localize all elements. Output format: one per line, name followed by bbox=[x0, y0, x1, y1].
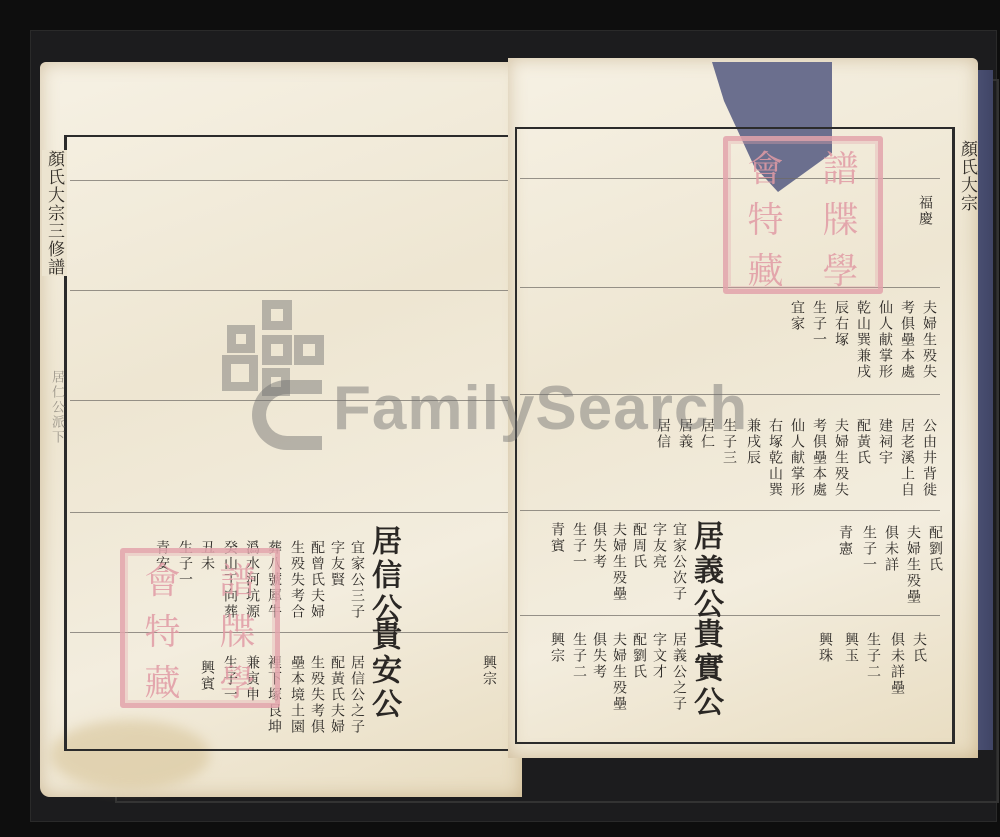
text-column: 生子一 bbox=[572, 522, 586, 570]
text-column: 青憲 bbox=[838, 525, 852, 557]
entry-heading-gui-an: 貴安公 bbox=[368, 620, 398, 722]
rule-line bbox=[70, 290, 510, 291]
text-column: 生子一 bbox=[812, 300, 826, 348]
entry-heading-ju-xin: 居信公 bbox=[368, 525, 398, 627]
text-column: 居信 bbox=[656, 418, 670, 450]
text-column: 居仁 bbox=[700, 418, 714, 450]
text-column: 俱失考 bbox=[592, 522, 606, 570]
text-column: 生殁失考俱 bbox=[310, 655, 324, 735]
text-column: 生子二 bbox=[572, 632, 586, 680]
text-column: 仙人献掌形 bbox=[790, 418, 804, 498]
red-collection-seal: 譜 牒 學 會 特 藏 bbox=[120, 548, 280, 708]
text-column: 宜家公三子 bbox=[350, 540, 364, 620]
branch-label: 居仁公派下 bbox=[50, 370, 63, 445]
text-column: 宜家 bbox=[790, 300, 804, 332]
text-column: 配曾氏夫婦 bbox=[310, 540, 324, 620]
text-column: 辰右塚 bbox=[834, 300, 848, 348]
rule-line bbox=[520, 615, 940, 616]
text-column: 乾山巽兼戌 bbox=[856, 300, 870, 380]
text-column: 夫婦生殁失 bbox=[834, 418, 848, 498]
text-column: 居義 bbox=[678, 418, 692, 450]
text-column: 宜家公次子 bbox=[672, 522, 686, 602]
red-collection-seal: 譜 牒 學 會 特 藏 bbox=[723, 136, 883, 294]
text-column: 配劉氏 bbox=[928, 525, 942, 573]
text-column: 配黃氏夫婦 bbox=[330, 655, 344, 735]
text-column: 興珠 bbox=[818, 632, 832, 664]
text-column: 配黃氏 bbox=[856, 418, 870, 466]
text-column: 夫婦生殁壘 bbox=[612, 522, 626, 602]
text-column: 壘本境土園 bbox=[290, 655, 304, 735]
name-fu-qing: 福慶 bbox=[918, 195, 932, 227]
text-column: 青賓 bbox=[550, 522, 564, 554]
text-column: 生子一 bbox=[862, 525, 876, 573]
text-column: 考俱壘本處 bbox=[900, 300, 914, 380]
text-column: 夫婦生殁壘 bbox=[612, 632, 626, 712]
text-column: 居老溪上自 bbox=[900, 418, 914, 498]
book-side-title-right: 顏氏大宗 bbox=[955, 140, 980, 212]
entry-heading-gui-shi: 貴實公 bbox=[690, 618, 720, 720]
text-column: 字友賢 bbox=[330, 540, 344, 588]
text-column: 興宗 bbox=[550, 632, 564, 664]
text-column: 字友亮 bbox=[652, 522, 666, 570]
text-column: 居義公之子 bbox=[672, 632, 686, 712]
text-column: 兼戌辰 bbox=[746, 418, 760, 466]
book-side-title: 顏氏大宗三修譜 bbox=[42, 150, 67, 276]
text-column: 興宗 bbox=[482, 655, 496, 687]
text-column: 字文才 bbox=[652, 632, 666, 680]
text-column: 興玉 bbox=[844, 632, 858, 664]
entry-heading-ju-yi: 居義公 bbox=[690, 520, 720, 622]
text-column: 仙人献掌形 bbox=[878, 300, 892, 380]
text-column: 考俱壘本處 bbox=[812, 418, 826, 498]
text-column: 生殁失考合 bbox=[290, 540, 304, 620]
rule-line bbox=[520, 510, 940, 511]
text-column: 公由井背徙 bbox=[922, 418, 936, 498]
text-column: 夫氏 bbox=[912, 632, 926, 664]
text-column: 生子三 bbox=[722, 418, 736, 466]
rule-line bbox=[70, 400, 510, 401]
text-column: 居信公之子 bbox=[350, 655, 364, 735]
text-column: 生子二 bbox=[866, 632, 880, 680]
text-column: 配周氏 bbox=[632, 522, 646, 570]
text-column: 俱未詳壘 bbox=[890, 632, 904, 696]
text-column: 俱失考 bbox=[592, 632, 606, 680]
text-column: 夫婦生殁失 bbox=[922, 300, 936, 380]
rule-line bbox=[70, 180, 510, 181]
text-column: 右塚乾山巽 bbox=[768, 418, 782, 498]
text-column: 俱未詳 bbox=[884, 525, 898, 573]
rule-line bbox=[70, 512, 510, 513]
text-column: 配劉氏 bbox=[632, 632, 646, 680]
rule-line bbox=[520, 394, 940, 395]
text-column: 夫婦生殁壘 bbox=[906, 525, 920, 605]
text-column: 建祠宇 bbox=[878, 418, 892, 466]
